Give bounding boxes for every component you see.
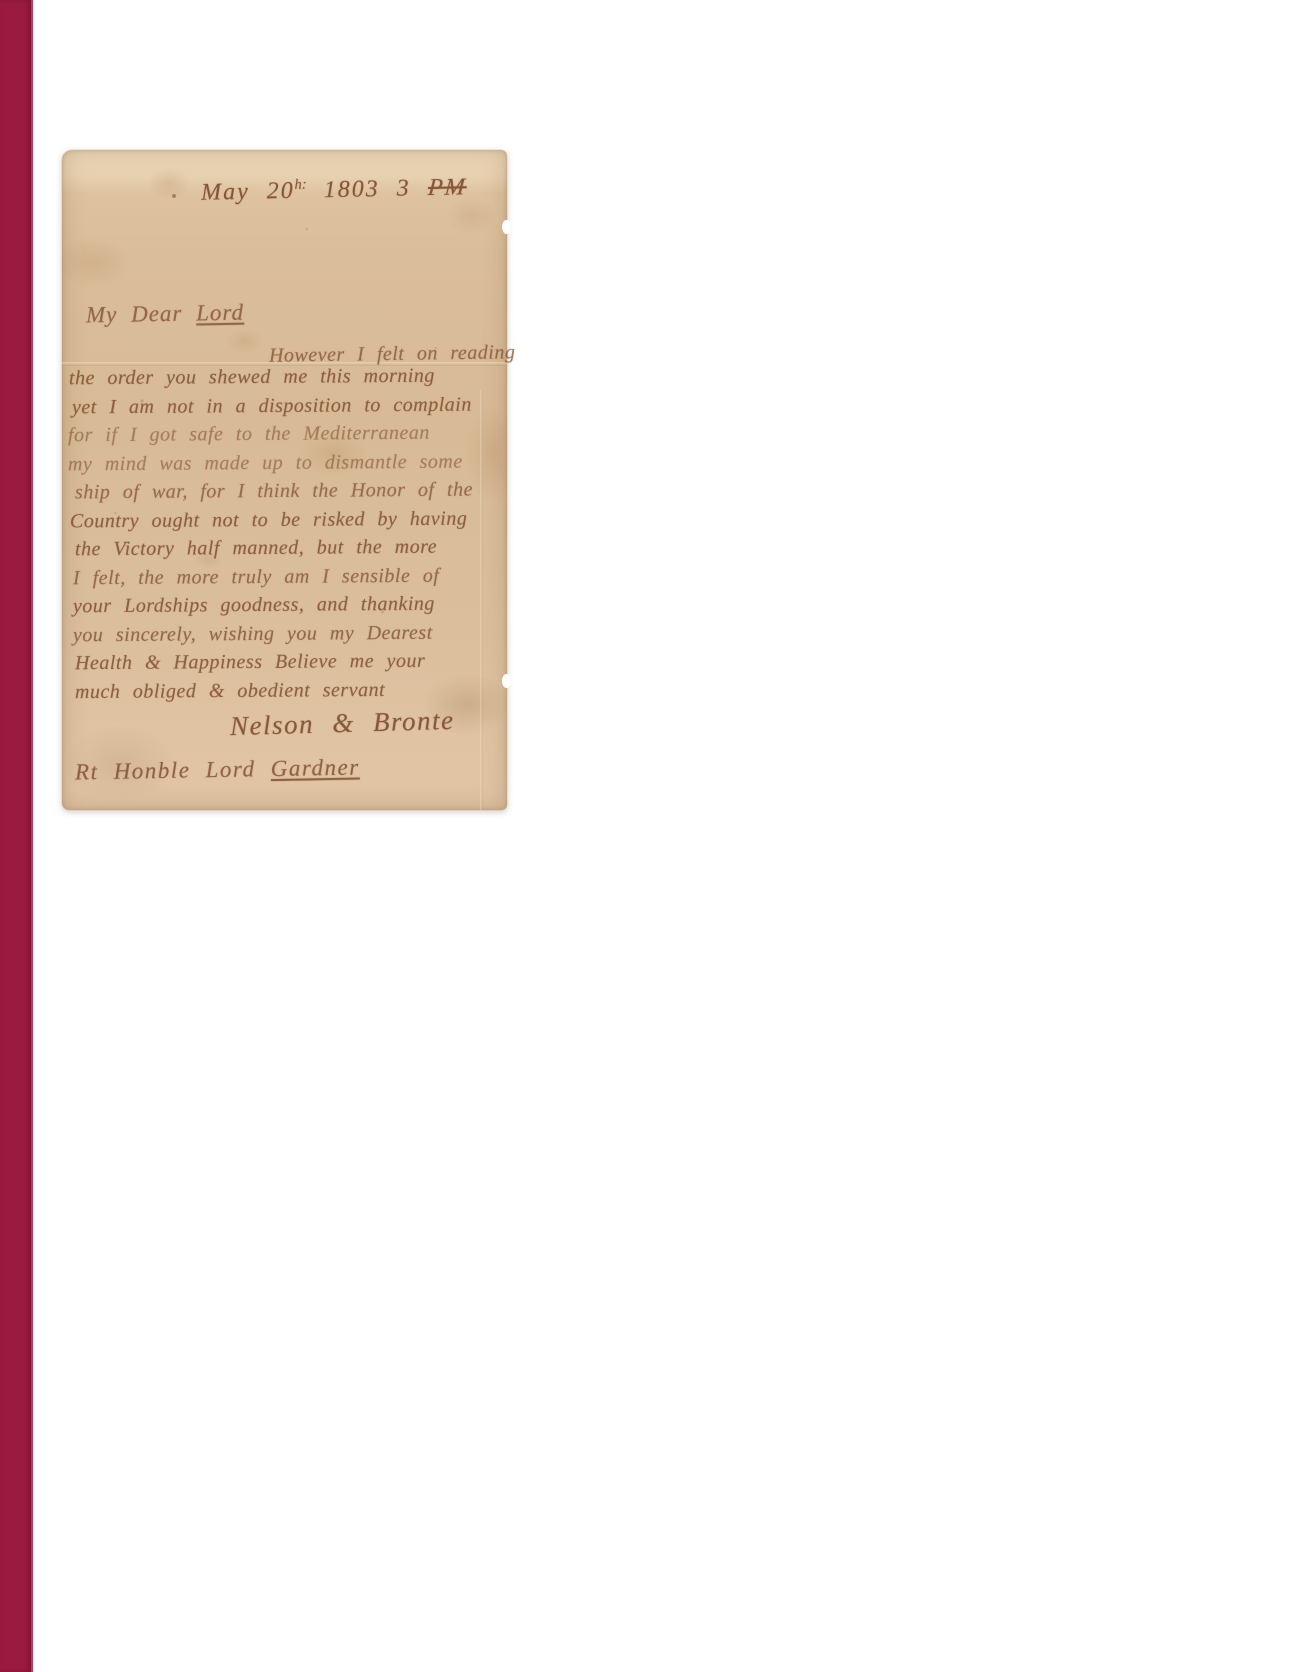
addressee-underlined: Gardner xyxy=(271,755,360,782)
letter-body-line: for if I got safe to the Mediterranean xyxy=(68,421,430,448)
date-year-time: 1803 3 xyxy=(323,175,411,203)
letter-addressee: Rt Honble Lord Gardner xyxy=(75,756,360,785)
letter-body-line: my mind was made up to dismantle some xyxy=(68,450,463,477)
letter-body-line: much obliged & obedient servant xyxy=(75,678,385,704)
letter-body-line: I felt, the more truly am I sensible of xyxy=(73,564,440,591)
paper-edge-notch xyxy=(502,220,511,234)
ink-dot xyxy=(172,194,176,198)
letter-signature: Nelson & Bronte xyxy=(230,708,455,738)
letter-body-line: your Lordships goodness, and thanking xyxy=(73,592,435,619)
left-accent-bar xyxy=(0,0,33,1672)
addressee-text: Rt Honble Lord xyxy=(75,756,271,784)
letter-body-line: the Victory half manned, but the more xyxy=(75,535,437,562)
letter-body-line: the order you shewed me this morning xyxy=(69,364,435,391)
letter-body-line: Country ought not to be risked by having xyxy=(70,507,467,534)
letter-body-line: you sincerely, wishing you my Dearest xyxy=(73,621,433,648)
letter-salutation: My Dear Lord xyxy=(86,301,244,328)
date-struck-word: PM xyxy=(427,175,468,200)
letter-photo: May 20h: 1803 3 PM My Dear Lord However … xyxy=(62,150,507,810)
letter-body-line: yet I am not in a disposition to complai… xyxy=(72,393,472,420)
letter-body-line: ship of war, for I think the Honor of th… xyxy=(75,478,473,505)
salutation-underlined: Lord xyxy=(196,300,244,326)
letter-date-line: May 20h: 1803 3 PM xyxy=(201,169,467,205)
catalog-page: May 20h: 1803 3 PM My Dear Lord However … xyxy=(0,0,1301,1672)
letter-body-line: Health & Happiness Believe me your xyxy=(75,649,425,675)
date-day: May 20 xyxy=(201,178,295,206)
fold-crease-vertical xyxy=(480,390,483,810)
salutation-text: My Dear xyxy=(86,300,197,327)
date-ordinal: h: xyxy=(294,177,306,193)
paper-edge-notch xyxy=(502,674,511,688)
